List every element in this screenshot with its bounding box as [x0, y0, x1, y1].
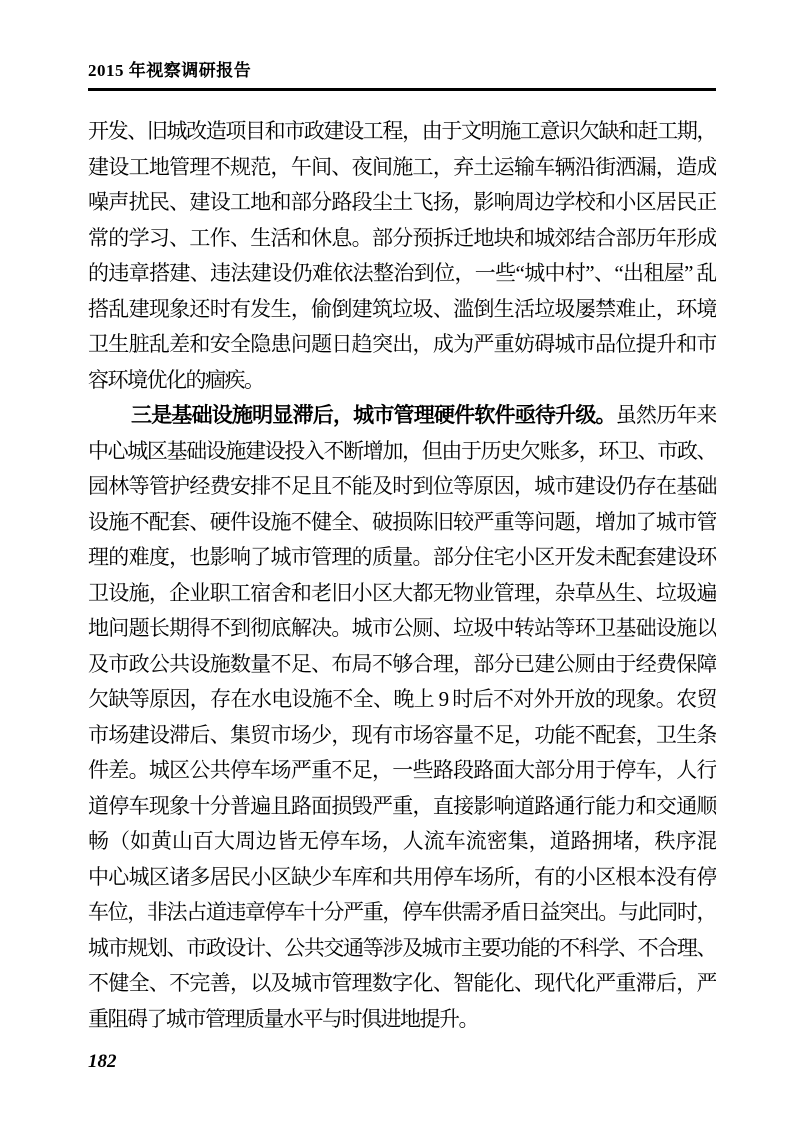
text-line: 不健全、不完善，以及城市管理数字化、智能化、现代化严重滞后，严	[88, 966, 716, 1002]
text-line: 容环境优化的痼疾。	[88, 363, 716, 399]
text-line: 卫设施，企业职工宿舍和老旧小区大都无物业管理，杂草丛生、垃圾遍	[88, 576, 716, 612]
text-segment: 卫设施，企业职工宿舍和老旧小区大都无物业管理，杂草丛生、垃圾遍	[88, 581, 716, 605]
text-line: 常的学习、工作、生活和休息。部分预拆迁地块和城郊结合部历年形成	[88, 221, 716, 257]
text-segment: 城市规划、市政设计、公共交通等涉及城市主要功能的不科学、不合理、	[88, 936, 716, 960]
text-line: 建设工地管理不规范，午间、夜间施工，弃土运输车辆沿街洒漏，造成	[88, 150, 716, 186]
text-segment: 建设工地管理不规范，午间、夜间施工，弃土运输车辆沿街洒漏，造成	[88, 155, 716, 179]
text-line: 三是基础设施明显滞后，城市管理硬件软件亟待升级。虽然历年来	[88, 398, 716, 434]
document-page: 2015 年视察调研报告 开发、旧城改造项目和市政建设工程，由于文明施工意识欠缺…	[0, 0, 803, 1133]
text-segment: 中心城区基础设施建设投入不断增加，但由于历史欠账多，环卫、市政、	[88, 439, 716, 463]
text-line: 中心城区诸多居民小区缺少车库和共用停车场所，有的小区根本没有停	[88, 860, 716, 896]
page-number: 182	[88, 1051, 716, 1073]
report-header-title: 2015 年视察调研报告	[88, 60, 716, 88]
text-segment: 噪声扰民、建设工地和部分路段尘土飞扬，影响周边学校和小区居民正	[88, 190, 716, 214]
text-segment: 设施不配套、硬件设施不健全、破损陈旧较严重等问题，增加了城市管	[88, 510, 716, 534]
header-rule-divider	[88, 88, 716, 91]
text-segment: 园林等管护经费安排不足且不能及时到位等原因，城市建设仍存在基础	[88, 474, 716, 498]
section-heading: 三是基础设施明显滞后，城市管理硬件软件亟待升级。	[131, 403, 616, 427]
text-segment: 畅（如黄山百大周边皆无停车场，人流车流密集，道路拥堵，秩序混乱）。	[88, 829, 716, 860]
text-segment: 开发、旧城改造项目和市政建设工程，由于文明施工意识欠缺和赶工期，	[88, 119, 716, 143]
text-line: 开发、旧城改造项目和市政建设工程，由于文明施工意识欠缺和赶工期，	[88, 114, 716, 150]
text-segment: 理的难度，也影响了城市管理的质量。部分住宅小区开发未配套建设环	[88, 545, 716, 569]
text-line: 噪声扰民、建设工地和部分路段尘土飞扬，影响周边学校和小区居民正	[88, 185, 716, 221]
text-line: 市场建设滞后、集贸市场少，现有市场容量不足，功能不配套，卫生条	[88, 718, 716, 754]
text-segment: 卫生脏乱差和安全隐患问题日趋突出，成为严重妨碍城市品位提升和市	[88, 332, 716, 356]
text-segment: 及市政公共设施数量不足、布局不够合理，部分已建公厕由于经费保障	[88, 652, 716, 676]
text-line: 理的难度，也影响了城市管理的质量。部分住宅小区开发未配套建设环	[88, 540, 716, 576]
text-line: 件差。城区公共停车场严重不足，一些路段路面大部分用于停车，人行	[88, 753, 716, 789]
text-line: 设施不配套、硬件设施不健全、破损陈旧较严重等问题，增加了城市管	[88, 505, 716, 541]
text-line: 地问题长期得不到彻底解决。城市公厕、垃圾中转站等环卫基础设施以	[88, 611, 716, 647]
text-segment: 欠缺等原因，存在水电设施不全、晚上 9 时后不对外开放的现象。农贸	[88, 687, 716, 711]
text-line: 道停车现象十分普遍且路面损毁严重，直接影响道路通行能力和交通顺	[88, 789, 716, 825]
text-line: 车位，非法占道违章停车十分严重，停车供需矛盾日益突出。与此同时，	[88, 895, 716, 931]
text-segment: 市场建设滞后、集贸市场少，现有市场容量不足，功能不配套，卫生条	[88, 723, 716, 747]
text-line: 搭乱建现象还时有发生，偷倒建筑垃圾、滥倒生活垃圾屡禁难止，环境	[88, 292, 716, 328]
text-segment: 不健全、不完善，以及城市管理数字化、智能化、现代化严重滞后，严	[88, 971, 716, 995]
text-segment: 的违章搭建、违法建设仍难依法整治到位，一些“城中村”、“出租屋” 乱	[88, 261, 716, 285]
text-segment: 虽然历年来	[616, 403, 716, 427]
text-segment: 车位，非法占道违章停车十分严重，停车供需矛盾日益突出。与此同时，	[88, 900, 716, 924]
text-line: 中心城区基础设施建设投入不断增加，但由于历史欠账多，环卫、市政、	[88, 434, 716, 470]
text-segment: 搭乱建现象还时有发生，偷倒建筑垃圾、滥倒生活垃圾屡禁难止，环境	[88, 297, 716, 321]
text-line: 园林等管护经费安排不足且不能及时到位等原因，城市建设仍存在基础	[88, 469, 716, 505]
text-segment: 常的学习、工作、生活和休息。部分预拆迁地块和城郊结合部历年形成	[88, 226, 716, 250]
text-segment: 道停车现象十分普遍且路面损毁严重，直接影响道路通行能力和交通顺	[88, 794, 716, 818]
text-line: 重阻碍了城市管理质量水平与时俱进地提升。	[88, 1002, 716, 1038]
text-segment: 重阻碍了城市管理质量水平与时俱进地提升。	[88, 1007, 478, 1031]
text-line: 的违章搭建、违法建设仍难依法整治到位，一些“城中村”、“出租屋” 乱	[88, 256, 716, 292]
document-body: 开发、旧城改造项目和市政建设工程，由于文明施工意识欠缺和赶工期，建设工地管理不规…	[88, 114, 716, 1037]
text-line: 欠缺等原因，存在水电设施不全、晚上 9 时后不对外开放的现象。农贸	[88, 682, 716, 718]
page-footer: 182	[88, 1051, 716, 1073]
text-line: 畅（如黄山百大周边皆无停车场，人流车流密集，道路拥堵，秩序混乱）。	[88, 824, 716, 860]
text-line: 卫生脏乱差和安全隐患问题日趋突出，成为严重妨碍城市品位提升和市	[88, 327, 716, 363]
text-segment: 容环境优化的痼疾。	[88, 368, 264, 392]
text-segment: 地问题长期得不到彻底解决。城市公厕、垃圾中转站等环卫基础设施以	[88, 616, 716, 640]
text-segment: 件差。城区公共停车场严重不足，一些路段路面大部分用于停车，人行	[88, 758, 716, 782]
text-line: 城市规划、市政设计、公共交通等涉及城市主要功能的不科学、不合理、	[88, 931, 716, 967]
page-header: 2015 年视察调研报告	[88, 60, 716, 91]
text-line: 及市政公共设施数量不足、布局不够合理，部分已建公厕由于经费保障	[88, 647, 716, 683]
text-segment: 中心城区诸多居民小区缺少车库和共用停车场所，有的小区根本没有停	[88, 865, 716, 889]
